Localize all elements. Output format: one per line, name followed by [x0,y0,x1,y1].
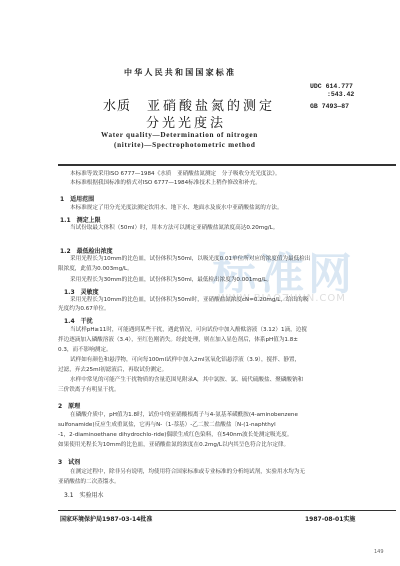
intro-line-2: 本标准根据我国标准的格式对ISO 6777—1984标准技术上稍作修改和补充。 [70,180,261,187]
udc-line-2: :543.42 [310,91,354,99]
section-1-1-paragraph: 当试份取最大体积（50ml）时，用本方法可以测定亚硝酸盐氮浓度高达0.20mg/… [70,225,278,232]
english-title-line-2: (nitrite)—Spectrophotometric method [114,141,256,149]
section-2-paragraph-c: -1，2-diaminoethane dihydrochlo-ride)偶联生成… [58,432,292,439]
title-line-2: 分光光度法 [146,112,226,131]
header-divider [58,164,396,166]
udc-code: UDC 614.777 :543.42 [310,83,354,99]
english-title-line-1: Water quality—Determination of nitrogen [101,131,258,139]
section-1-paragraph: 本标准规定了用分光光度法测定饮用水、地下水、地面水及废水中亚硝酸盐氮的方法。 [70,205,283,212]
section-1-1-heading: 1.1 测定上限 [60,215,101,224]
title-prefix: 水质 [103,99,131,114]
section-3-paragraph-a: 在测定过程中，除非另有说明，均使用符合国家标准或专业标准的分析纯试剂，实验用水均… [70,469,305,476]
section-2-heading: 2 原理 [58,401,80,410]
section-2-paragraph-a: 在磷酸介质中，pH值为1.8时，试份中的亚硝酸根离子与4-氨基苯磺酰胺(4-am… [70,412,298,419]
section-1-2-paragraph-2: 采用光程长为30mm的比色皿，试份体积为50ml，最低检出浓度为0.001mg/… [70,277,272,284]
section-1-3-paragraph-b: 光度约为0.67单位。 [58,306,110,313]
approval-date: 国家环境保护局1987-03-14批准 [60,514,152,523]
section-1-4-paragraph-1c: 0.3，而不影响测定。 [58,347,112,354]
section-2-paragraph-d: 如果使用光程长为10mm的比色皿，亚硝酸盐氮的浓度在0.2mg/L以内其呈色符合… [58,442,289,449]
gb-number: GB 7493—87 [310,103,349,110]
udc-line-1: UDC 614.777 [310,83,354,91]
section-1-4-heading: 1.4 干扰 [64,316,93,325]
section-1-3-heading: 1.3 灵敏度 [64,287,99,296]
section-1-2-paragraph-1b: 限浓度，此值为0.003mg/L。 [58,266,133,273]
section-1-4-paragraph-3a: 水样中常见的可能产生干扰物质的含量范围见附录A，其中氯胺、氯、硫代硫酸盐、聚磷酸… [70,377,303,384]
implementation-date: 1987-08-01实施 [305,514,355,523]
section-1-3-paragraph-a: 采用光程长为10mm的比色皿，试份体积为50ml时，亚硝酸盐氮浓度cN=0.20… [70,297,308,304]
section-1-4-paragraph-2a: 试样如有颜色和悬浮物，可向每100ml试样中加入2ml氢氧化铝悬浮液（3.9），… [70,357,300,364]
standard-type-header: 中华人民共和国国家标准 [124,67,236,78]
section-1-2-heading: 1.2 最低检出浓度 [60,246,113,255]
section-1-4-paragraph-1a: 当试样pH≥11时，可能遇到某些干扰，遇此情况，可向试份中加入酚酞溶液（3.12… [70,327,307,334]
section-3-heading: 3 试剂 [58,457,80,466]
section-1-4-paragraph-2b: 过滤，弃去25ml初滤液后，再取试份测定。 [58,367,167,374]
section-3-paragraph-b: 亚硝酸盐的二次蒸馏水。 [58,479,120,486]
section-1-4-paragraph-3b: 三价铁离子有明显干扰。 [58,387,120,394]
section-1-4-paragraph-1b: 拌边逐滴加入磷酸溶液（3.4），至红色刚消失。经此处理，则在加入显色剂后，体系p… [58,337,298,344]
section-1-heading: 1 适用范围 [60,194,94,203]
page-number: 149 [374,549,384,555]
section-1-2-paragraph-1a: 采用光程长为10mm的比色皿，试份体积为50ml，以吸光度0.01单位所对应的浓… [70,256,310,263]
footer-divider [58,510,396,511]
section-2-paragraph-b: sulfonamide)反应生成重氮盐，它再与N-（1-萘基）-乙二胺二盐酸盐〔… [58,422,276,429]
intro-line-1: 本标准等效采用ISO 6777—1984《水质 亚硝酸盐氮测定 分子吸收分光光度… [70,171,280,178]
section-3-1-heading: 3.1 实验用水 [64,490,104,499]
